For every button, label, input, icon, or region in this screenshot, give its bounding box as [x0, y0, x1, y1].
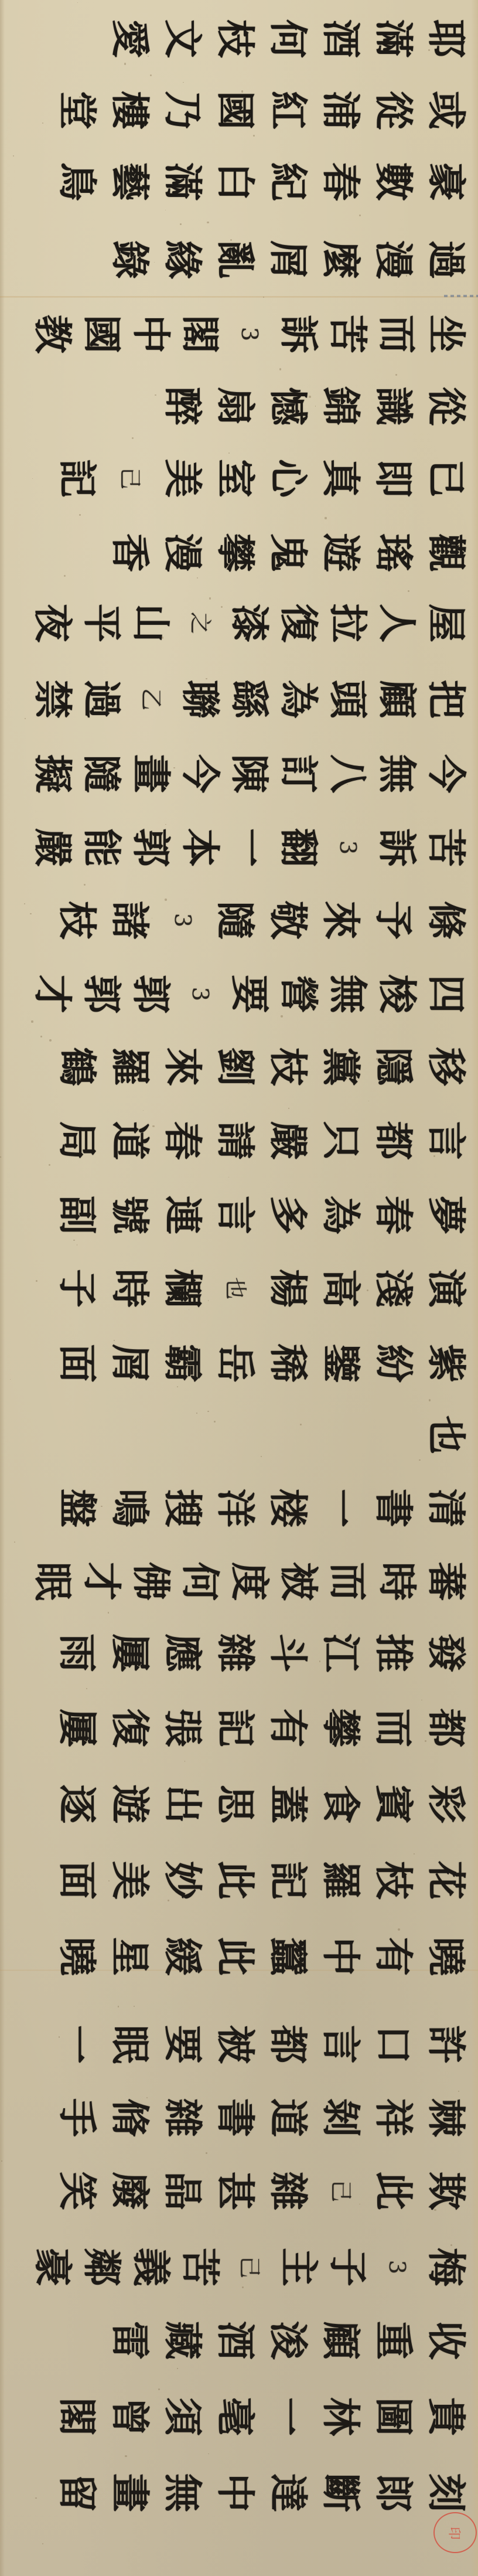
calligraphy-glyph: 乃 [155, 86, 211, 135]
text-column: 收重顧浚酒藏雷 [0, 2312, 478, 2369]
calligraphy-glyph: 稀 [260, 1339, 316, 1388]
paper-speck [207, 222, 209, 224]
calligraphy-glyph: 而 [369, 309, 425, 359]
calligraphy-glyph: 紛 [366, 1339, 422, 1388]
calligraphy-glyph: 棘 [418, 2093, 474, 2142]
calligraphy-glyph: 時 [369, 1557, 425, 1606]
calligraphy-glyph: 楊 [260, 1264, 316, 1313]
calligraphy-glyph: 欄 [155, 1264, 211, 1313]
calligraphy-glyph: 即 [366, 454, 422, 503]
calligraphy-glyph: 酒 [207, 2316, 264, 2365]
paper-speck [165, 210, 166, 210]
calligraphy-glyph: 隨 [74, 749, 130, 798]
calligraphy-glyph: 郎 [366, 2468, 422, 2517]
calligraphy-glyph: 脩 [102, 2093, 158, 2142]
calligraphy-glyph: 斗 [260, 1628, 316, 1677]
calligraphy-glyph: 移 [418, 1042, 474, 1091]
paper-speck [134, 2006, 135, 2007]
calligraphy-glyph: 雷 [102, 2316, 158, 2365]
calligraphy-glyph: 圖 [366, 2392, 422, 2441]
calligraphy-glyph: 發 [418, 1628, 474, 1677]
calligraphy-glyph: 營 [271, 969, 327, 1019]
text-column: 或從浦紅國乃樓堂 [0, 82, 478, 138]
calligraphy-glyph: 中 [207, 2468, 264, 2517]
calligraphy-glyph: 坐 [418, 309, 474, 359]
calligraphy-glyph: 子 [49, 1264, 105, 1313]
calligraphy-glyph: 食 [313, 1779, 369, 1829]
paper-speck [309, 396, 311, 398]
paper-speck [319, 1660, 320, 1662]
paper-speck [77, 2, 78, 3]
calligraphy-glyph: 鳥 [49, 157, 105, 206]
calligraphy-glyph: 枝 [49, 896, 105, 945]
calligraphy-glyph: 顧 [369, 675, 425, 724]
calligraphy-glyph: 己 [221, 2242, 278, 2292]
calligraphy-glyph: 有 [366, 1932, 422, 1981]
paper-speck [206, 678, 207, 679]
calligraphy-glyph: 岳 [207, 1339, 264, 1388]
calligraphy-glyph: 屢 [49, 1703, 105, 1753]
calligraphy-glyph: 夜 [25, 598, 81, 648]
calligraphy-glyph: 閣 [49, 2392, 105, 2441]
calligraphy-glyph: 號 [102, 1190, 158, 1240]
paper-speck [251, 716, 252, 717]
calligraphy-glyph: 霸 [155, 1339, 211, 1388]
calligraphy-glyph: 漫 [155, 528, 211, 577]
calligraphy-glyph: 許 [418, 2020, 474, 2069]
calligraphy-glyph: 鬼 [260, 528, 316, 577]
calligraphy-glyph: 郭 [123, 823, 179, 872]
calligraphy-glyph: 雜 [207, 1628, 264, 1677]
paper-speck [73, 1240, 74, 1241]
calligraphy-glyph: 佛 [123, 1557, 179, 1606]
paper-speck [36, 2262, 37, 2263]
calligraphy-glyph: 此 [366, 2166, 422, 2216]
calligraphy-glyph: 春 [155, 1116, 211, 1165]
calligraphy-glyph: 逐 [49, 1779, 105, 1829]
calligraphy-glyph: 浚 [260, 2316, 316, 2365]
calligraphy-glyph: 剝 [313, 2093, 369, 2142]
calligraphy-glyph: 時 [102, 1264, 158, 1313]
calligraphy-glyph: 錦 [313, 382, 369, 431]
paper-speck [1, 2160, 2, 2162]
calligraphy-glyph: 淺 [366, 1264, 422, 1313]
calligraphy-glyph: 識 [366, 382, 422, 431]
calligraphy-glyph: 被 [271, 1557, 327, 1606]
text-column: 棘祥剝道書雜脩手 [0, 2090, 478, 2146]
paper-speck [118, 2006, 119, 2007]
calligraphy-glyph: 擬 [25, 749, 81, 798]
calligraphy-glyph: 星 [102, 1932, 158, 1981]
calligraphy-glyph: 度 [221, 1557, 278, 1606]
calligraphy-scroll: 耶滿酒何枝文愛或從浦紅國乃樓堂豪數春紀白滿藝鳥過漫麼屑亂緣錄坐而苦訴3閣中國教從… [0, 0, 478, 2576]
calligraphy-glyph: 鄰 [74, 2242, 130, 2292]
calligraphy-glyph: 賓 [366, 1779, 422, 1829]
text-column: 豪數春紀白滿藝鳥 [0, 154, 478, 210]
calligraphy-glyph: 羅 [102, 1042, 158, 1091]
calligraphy-glyph: 閣 [172, 309, 228, 359]
calligraphy-glyph: 面 [49, 1339, 105, 1388]
calligraphy-glyph: 黨 [313, 1042, 369, 1091]
calligraphy-glyph: 中 [313, 1932, 369, 1981]
calligraphy-glyph: 何 [172, 1557, 228, 1606]
calligraphy-glyph: 香 [102, 528, 158, 577]
text-column: 過漫麼屑亂緣錄 [0, 232, 478, 288]
paper-speck [86, 1688, 87, 1689]
paper-speck [429, 1399, 431, 1401]
calligraphy-glyph: 有 [260, 1703, 316, 1753]
paper-speck [276, 2477, 278, 2479]
calligraphy-glyph: 主 [271, 2242, 327, 2292]
calligraphy-glyph: 而 [320, 1557, 376, 1606]
calligraphy-glyph: 屢 [102, 1628, 158, 1677]
calligraphy-glyph: 耶 [418, 14, 474, 63]
calligraphy-glyph: 酒 [313, 14, 369, 63]
calligraphy-glyph: 真 [313, 454, 369, 503]
calligraphy-glyph: 都 [260, 2020, 316, 2069]
calligraphy-glyph: 蕃 [418, 1557, 474, 1606]
calligraphy-glyph: 條 [418, 896, 474, 945]
calligraphy-glyph: 山 [123, 598, 179, 648]
calligraphy-glyph: 緩 [155, 1932, 211, 1981]
paper-speck [40, 1036, 42, 1037]
calligraphy-glyph: 道 [102, 1116, 158, 1165]
calligraphy-glyph: 來 [155, 1042, 211, 1091]
paper-speck [291, 256, 291, 256]
paper-speck [208, 2454, 209, 2454]
calligraphy-glyph: 一 [221, 823, 278, 872]
calligraphy-glyph: 楼 [260, 1483, 316, 1533]
calligraphy-glyph: 隨 [207, 896, 264, 945]
calligraphy-glyph: 被 [207, 2020, 264, 2069]
text-column: 貴圖林一毫須曾閣 [0, 2388, 478, 2445]
paper-speck [406, 275, 407, 276]
calligraphy-glyph: 言 [313, 2020, 369, 2069]
paper-speck [49, 1039, 52, 1042]
calligraphy-glyph: 一 [313, 1483, 369, 1533]
calligraphy-glyph: 無 [155, 2468, 211, 2517]
paper-speck [279, 368, 282, 370]
calligraphy-glyph: 高 [313, 1264, 369, 1313]
paper-speck [183, 2121, 183, 2121]
paper-speck [228, 1177, 229, 1178]
paper-speck [25, 718, 26, 719]
calligraphy-glyph: 枝 [207, 14, 264, 63]
calligraphy-glyph: 諸 [102, 896, 158, 945]
calligraphy-glyph: 何 [260, 14, 316, 63]
calligraphy-glyph: 蠶 [260, 1932, 316, 1981]
calligraphy-glyph: 此 [207, 1932, 264, 1981]
paper-speck [332, 709, 333, 711]
paper-speck [359, 215, 361, 216]
calligraphy-glyph: 曾 [102, 2392, 158, 2441]
paper-speck [332, 35, 333, 36]
calligraphy-glyph: 屑 [102, 1339, 158, 1388]
calligraphy-glyph: 曉 [418, 1932, 474, 1981]
calligraphy-glyph: 書 [207, 2093, 264, 2142]
paper-speck [124, 63, 127, 65]
calligraphy-glyph: 而 [366, 1703, 422, 1753]
paper-speck [188, 1948, 190, 1950]
calligraphy-glyph: 能 [74, 823, 130, 872]
calligraphy-glyph: 來 [313, 896, 369, 945]
calligraphy-glyph: 收 [418, 2316, 474, 2365]
paper-speck [196, 1413, 197, 1414]
calligraphy-glyph: 妙 [155, 1856, 211, 1905]
paper-speck [180, 223, 182, 225]
calligraphy-glyph: 繇 [221, 675, 278, 724]
paper-speck [214, 1421, 216, 1423]
paper-speck [69, 845, 70, 845]
calligraphy-glyph: 都 [366, 1116, 422, 1165]
calligraphy-glyph: 拉 [320, 598, 376, 648]
calligraphy-glyph: 畫 [123, 749, 179, 798]
paper-speck [230, 239, 232, 241]
paper-speck [177, 2368, 177, 2369]
calligraphy-glyph: 之 [172, 598, 228, 648]
paper-speck [152, 918, 152, 918]
calligraphy-glyph: 聯 [172, 675, 228, 724]
calligraphy-glyph: 搜 [155, 1483, 211, 1533]
calligraphy-glyph: 眠 [102, 2020, 158, 2069]
paper-speck [42, 2543, 43, 2544]
paper-speck [14, 1541, 15, 1543]
text-column: 刻郎斷達中無畫留 [0, 2465, 478, 2521]
calligraphy-glyph: 記 [260, 1856, 316, 1905]
calligraphy-glyph: 副 [49, 1190, 105, 1240]
calligraphy-glyph: 請 [207, 1116, 264, 1165]
text-column: 把顧頭為繇聯乙過禁 [0, 671, 478, 727]
calligraphy-glyph: 藏 [155, 2316, 211, 2365]
calligraphy-glyph: 觀 [418, 528, 474, 577]
calligraphy-glyph: 斷 [313, 2468, 369, 2517]
calligraphy-glyph: 無 [320, 969, 376, 1019]
calligraphy-glyph: 苦 [172, 2242, 228, 2292]
calligraphy-glyph: 林 [313, 2392, 369, 2441]
calligraphy-glyph: 連 [155, 1190, 211, 1240]
calligraphy-glyph: 畫 [102, 2468, 158, 2517]
calligraphy-glyph: 滿 [366, 14, 422, 63]
calligraphy-glyph: 蓋 [260, 1779, 316, 1829]
calligraphy-glyph: 為 [313, 1190, 369, 1240]
calligraphy-glyph: 國 [207, 86, 264, 135]
calligraphy-glyph: 訂 [271, 749, 327, 798]
calligraphy-glyph: 為 [271, 675, 327, 724]
text-column: 移隱黨枝劉來羅鶴 [0, 1039, 478, 1095]
calligraphy-glyph: 一 [49, 2020, 105, 2069]
paper-fold-line [0, 296, 478, 298]
text-column: 花枝羅記此妙美面 [0, 1852, 478, 1908]
paper-speck [325, 517, 326, 519]
calligraphy-glyph: 瑤 [366, 528, 422, 577]
paper-speck [150, 74, 152, 76]
calligraphy-glyph: 記 [207, 1703, 264, 1753]
paper-speck [36, 1280, 37, 1282]
calligraphy-glyph: 嚴 [260, 1116, 316, 1165]
text-column: 梅3子主己苦義鄰豪 [0, 2239, 478, 2295]
paper-speck [84, 884, 86, 886]
paper-speck [395, 374, 397, 376]
calligraphy-glyph: 苦 [320, 309, 376, 359]
calligraphy-glyph: 人 [369, 598, 425, 648]
paper-speck [168, 1900, 169, 1901]
calligraphy-glyph: 雜 [155, 2093, 211, 2142]
text-column: 從識錦憾扇醉 [0, 378, 478, 434]
paper-speck [77, 1244, 77, 1245]
calligraphy-glyph: 3 [221, 309, 278, 359]
calligraphy-glyph: 多 [260, 1190, 316, 1240]
calligraphy-glyph: 枝 [260, 1042, 316, 1091]
calligraphy-glyph: 盤 [49, 1483, 105, 1533]
text-column: 已即真心室美己記 [0, 450, 478, 506]
calligraphy-glyph: 3 [369, 2242, 425, 2292]
paper-speck [35, 2497, 36, 2499]
calligraphy-glyph: 鑒 [313, 1339, 369, 1388]
calligraphy-glyph: 羅 [313, 1856, 369, 1905]
calligraphy-glyph: 或 [418, 86, 474, 135]
calligraphy-glyph: 今 [418, 749, 474, 798]
calligraphy-glyph: 屑 [260, 235, 316, 284]
paper-speck [206, 2152, 207, 2153]
text-column: 彩賓食蓋思出遊逐 [0, 1776, 478, 1832]
calligraphy-glyph: 道 [260, 2093, 316, 2142]
calligraphy-glyph: 美 [155, 454, 211, 503]
calligraphy-glyph: 麼 [313, 235, 369, 284]
calligraphy-glyph: 予 [366, 896, 422, 945]
calligraphy-glyph: 平 [74, 598, 130, 648]
calligraphy-glyph: 四 [418, 969, 474, 1019]
calligraphy-glyph: 藝 [102, 157, 158, 206]
calligraphy-glyph: 記 [49, 454, 105, 503]
text-column: 都而攀有記張復屢 [0, 1700, 478, 1756]
calligraphy-glyph: 浦 [313, 86, 369, 135]
calligraphy-glyph: 清 [418, 1483, 474, 1533]
calligraphy-glyph: 3 [320, 823, 376, 872]
calligraphy-glyph: 雜 [260, 2166, 316, 2216]
calligraphy-glyph: 復 [271, 598, 327, 648]
calligraphy-glyph: 局 [49, 1116, 105, 1165]
calligraphy-glyph: 隱 [366, 1042, 422, 1091]
calligraphy-glyph: 美 [102, 1856, 158, 1905]
calligraphy-glyph: 張 [155, 1703, 211, 1753]
calligraphy-glyph: 敬 [260, 896, 316, 945]
calligraphy-glyph: 翻 [271, 823, 327, 872]
text-column: 坐而苦訴3閣中國教 [0, 306, 478, 362]
calligraphy-glyph: 花 [418, 1856, 474, 1905]
calligraphy-glyph: 達 [260, 2468, 316, 2517]
collector-ink-mark [444, 295, 478, 297]
calligraphy-glyph: 笑 [49, 2166, 105, 2216]
paper-speck [376, 1058, 378, 1060]
text-column: 蕃時而被度何佛才眠 [0, 1553, 478, 1609]
calligraphy-glyph: 夢 [418, 1190, 474, 1240]
paper-speck [79, 514, 81, 516]
paper-speck [425, 1740, 426, 1741]
paper-speck [132, 437, 134, 439]
calligraphy-glyph: 思 [207, 1779, 264, 1829]
calligraphy-glyph: 口 [366, 2020, 422, 2069]
calligraphy-glyph: 八 [320, 749, 376, 798]
paper-speck [398, 1928, 400, 1931]
paper-speck [453, 2274, 455, 2275]
calligraphy-glyph: 頭 [320, 675, 376, 724]
calligraphy-glyph: 推 [366, 1628, 422, 1677]
calligraphy-glyph: 言 [418, 1116, 474, 1165]
paper-speck [288, 1108, 289, 1109]
paper-speck [169, 1504, 169, 1505]
calligraphy-glyph: 把 [418, 675, 474, 724]
calligraphy-glyph: 過 [74, 675, 130, 724]
calligraphy-glyph: 嚴 [25, 823, 81, 872]
paper-speck [408, 590, 409, 592]
paper-speck [114, 1340, 115, 1341]
calligraphy-glyph: 彩 [418, 1779, 474, 1829]
calligraphy-glyph: 須 [155, 2392, 211, 2441]
paper-speck [24, 903, 25, 904]
calligraphy-glyph: 也 [418, 1410, 474, 1459]
calligraphy-glyph: 春 [313, 157, 369, 206]
calligraphy-glyph: 貴 [418, 2392, 474, 2441]
paper-speck [108, 1612, 109, 1613]
paper-speck [224, 1064, 224, 1065]
calligraphy-glyph: 甚 [207, 2166, 264, 2216]
calligraphy-glyph: 劉 [207, 1042, 264, 1091]
calligraphy-glyph: 醉 [155, 382, 211, 431]
calligraphy-glyph: 室 [207, 454, 264, 503]
calligraphy-glyph: 面 [49, 1856, 105, 1905]
paper-speck [165, 899, 166, 900]
calligraphy-glyph: 義 [123, 2242, 179, 2292]
paper-speck [242, 2286, 243, 2288]
calligraphy-glyph: 晶 [155, 2166, 211, 2216]
text-column: 言都只嚴請春道局 [0, 1112, 478, 1169]
calligraphy-glyph: 刻 [418, 2468, 474, 2517]
text-column: 夢春為多言連號副 [0, 1187, 478, 1243]
calligraphy-glyph: 扇 [207, 382, 264, 431]
calligraphy-glyph: 本 [172, 823, 228, 872]
calligraphy-glyph: 國 [74, 309, 130, 359]
calligraphy-glyph: 憾 [260, 382, 316, 431]
calligraphy-glyph: 乙 [123, 675, 179, 724]
seal-text: 印 [446, 2527, 465, 2538]
calligraphy-glyph: 己 [102, 454, 158, 503]
calligraphy-glyph: 樓 [102, 86, 158, 135]
calligraphy-glyph: 禁 [25, 675, 81, 724]
paper-speck [433, 1155, 435, 1157]
calligraphy-glyph: 陳 [221, 749, 278, 798]
text-column: 條予來敬隨3諸枝 [0, 892, 478, 948]
paper-speck [31, 1020, 33, 1022]
calligraphy-glyph: 梭 [369, 969, 425, 1019]
paper-speck [409, 1508, 410, 1509]
calligraphy-glyph: 復 [102, 1703, 158, 1753]
calligraphy-glyph: 春 [366, 1190, 422, 1240]
calligraphy-glyph: 從 [418, 382, 474, 431]
calligraphy-glyph: 出 [155, 1779, 211, 1829]
text-column: 觀瑤遊鬼攀漫香 [0, 525, 478, 581]
calligraphy-glyph: 廢 [102, 2166, 158, 2216]
calligraphy-glyph: 此 [207, 1856, 264, 1905]
calligraphy-glyph: 才 [25, 969, 81, 1019]
text-column: 發推江斗雜應屢雨 [0, 1625, 478, 1681]
calligraphy-glyph: 重 [366, 2316, 422, 2365]
calligraphy-glyph: 今 [172, 749, 228, 798]
paper-speck [281, 1015, 283, 1018]
calligraphy-glyph: 過 [418, 235, 474, 284]
text-column: 曉有中蠶此緩星曉 [0, 1928, 478, 1985]
calligraphy-glyph: 教 [25, 309, 81, 359]
calligraphy-glyph: 書 [366, 1483, 422, 1533]
